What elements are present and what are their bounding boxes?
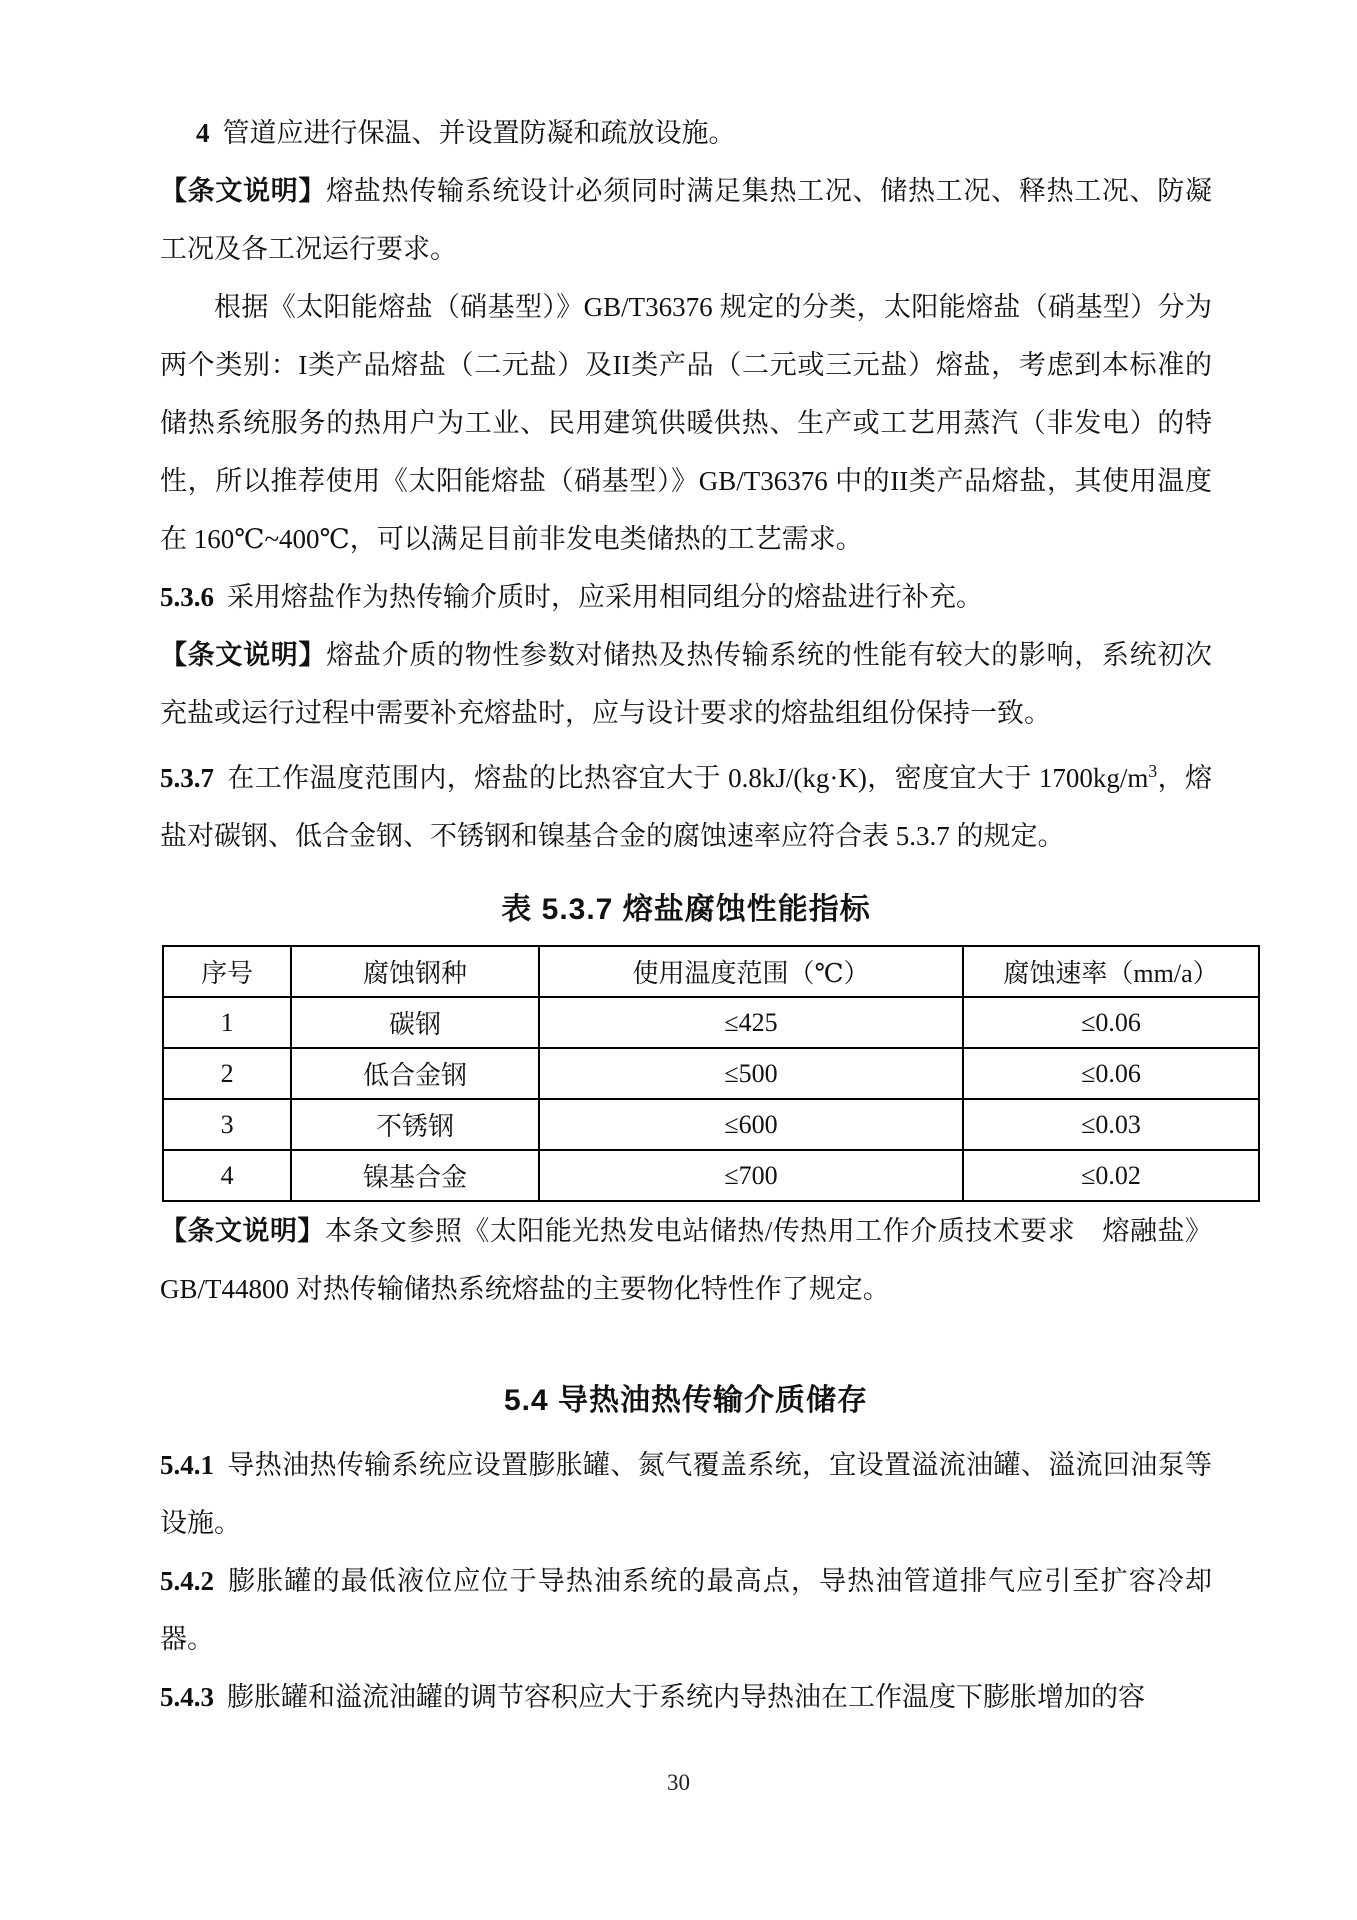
clause-item-4: 4管道应进行保温、并设置防凝和疏放设施。 <box>160 104 1212 162</box>
clause-item-text: 管道应进行保温、并设置防凝和疏放设施。 <box>223 118 736 148</box>
table-row: 1 碳钢 ≤425 ≤0.06 <box>163 997 1259 1048</box>
clause-number: 5.4.1 <box>160 1450 214 1480</box>
note-label: 【条文说明】 <box>160 176 326 206</box>
clause-text: 膨胀罐的最低液位应位于导热油系统的最高点，导热油管道排气应引至扩容冷却器。 <box>160 1566 1212 1654</box>
clause-5-4-3: 5.4.3膨胀罐和溢流油罐的调节容积应大于系统内导热油在工作温度下膨胀增加的容 <box>160 1668 1212 1726</box>
table-header-cell: 使用温度范围（℃） <box>539 946 963 997</box>
note-paragraph-intro: 【条文说明】熔盐热传输系统设计必须同时满足集热工况、储热工况、释热工况、防凝工况… <box>160 162 1212 278</box>
clause-5-3-7: 5.3.7在工作温度范围内，熔盐的比热容宜大于 0.8kJ/(kg·K)，密度宜… <box>160 742 1212 865</box>
table-cell: 不锈钢 <box>291 1099 539 1150</box>
table-cell: ≤425 <box>539 997 963 1048</box>
clause-text: 采用熔盐作为热传输介质时，应采用相同组分的熔盐进行补充。 <box>227 582 983 612</box>
table-header-cell: 腐蚀钢种 <box>291 946 539 997</box>
table-caption: 表 5.3.7 熔盐腐蚀性能指标 <box>160 887 1212 933</box>
corrosion-performance-table: 序号 腐蚀钢种 使用温度范围（℃） 腐蚀速率（mm/a） 1 碳钢 ≤425 ≤… <box>162 945 1260 1202</box>
clause-text-before-sup: 在工作温度范围内，熔盐的比热容宜大于 0.8kJ/(kg·K)，密度宜大于 17… <box>227 763 1148 793</box>
clause-item-number: 4 <box>196 118 210 148</box>
table-cell: ≤600 <box>539 1099 963 1150</box>
note-paragraph-5-3-6: 【条文说明】熔盐介质的物性参数对储热及热传输系统的性能有较大的影响，系统初次充盐… <box>160 626 1212 742</box>
table-row: 2 低合金钢 ≤500 ≤0.06 <box>163 1048 1259 1099</box>
page-content: 4管道应进行保温、并设置防凝和疏放设施。 【条文说明】熔盐热传输系统设计必须同时… <box>160 104 1212 1726</box>
clause-number: 5.3.7 <box>160 763 214 793</box>
note-label: 【条文说明】 <box>160 640 326 670</box>
table-cell: 2 <box>163 1048 291 1099</box>
clause-text: 导热油热传输系统应设置膨胀罐、氮气覆盖系统，宜设置溢流油罐、溢流回油泵等设施。 <box>160 1450 1212 1538</box>
note-paragraph-5-3-7: 【条文说明】本条文参照《太阳能光热发电站储热/传热用工作介质技术要求 熔融盐》G… <box>160 1202 1212 1318</box>
clause-text: 膨胀罐和溢流油罐的调节容积应大于系统内导热油在工作温度下膨胀增加的容 <box>227 1682 1145 1712</box>
table-cell: ≤0.06 <box>963 997 1259 1048</box>
paragraph-classification: 根据《太阳能熔盐（硝基型）》GB/T36376 规定的分类，太阳能熔盐（硝基型）… <box>160 278 1212 568</box>
clause-5-4-2: 5.4.2膨胀罐的最低液位应位于导热油系统的最高点，导热油管道排气应引至扩容冷却… <box>160 1552 1212 1668</box>
table-header-cell: 序号 <box>163 946 291 997</box>
table-row: 4 镍基合金 ≤700 ≤0.02 <box>163 1150 1259 1201</box>
clause-number: 5.4.2 <box>160 1566 214 1596</box>
note-label: 【条文说明】 <box>160 1216 325 1246</box>
table-cell: 低合金钢 <box>291 1048 539 1099</box>
table-header-cell: 腐蚀速率（mm/a） <box>963 946 1259 997</box>
table-cell: 1 <box>163 997 291 1048</box>
table-cell: 4 <box>163 1150 291 1201</box>
table-cell: ≤0.03 <box>963 1099 1259 1150</box>
table-cell: ≤700 <box>539 1150 963 1201</box>
table-row: 3 不锈钢 ≤600 ≤0.03 <box>163 1099 1259 1150</box>
clause-number: 5.4.3 <box>160 1682 214 1712</box>
clause-5-3-6: 5.3.6采用熔盐作为热传输介质时，应采用相同组分的熔盐进行补充。 <box>160 568 1212 626</box>
table-cell: 碳钢 <box>291 997 539 1048</box>
table-header-row: 序号 腐蚀钢种 使用温度范围（℃） 腐蚀速率（mm/a） <box>163 946 1259 997</box>
section-heading-5-4: 5.4 导热油热传输介质储存 <box>160 1376 1212 1426</box>
clause-5-4-1: 5.4.1导热油热传输系统应设置膨胀罐、氮气覆盖系统，宜设置溢流油罐、溢流回油泵… <box>160 1436 1212 1552</box>
table-cell: ≤500 <box>539 1048 963 1099</box>
clause-number: 5.3.6 <box>160 582 214 612</box>
page-number: 30 <box>0 1770 1357 1796</box>
table-cell: ≤0.06 <box>963 1048 1259 1099</box>
table-cell: 3 <box>163 1099 291 1150</box>
superscript-3: 3 <box>1148 761 1157 781</box>
table-cell: 镍基合金 <box>291 1150 539 1201</box>
table-cell: ≤0.02 <box>963 1150 1259 1201</box>
document-page: 4管道应进行保温、并设置防凝和疏放设施。 【条文说明】熔盐热传输系统设计必须同时… <box>0 0 1357 1920</box>
